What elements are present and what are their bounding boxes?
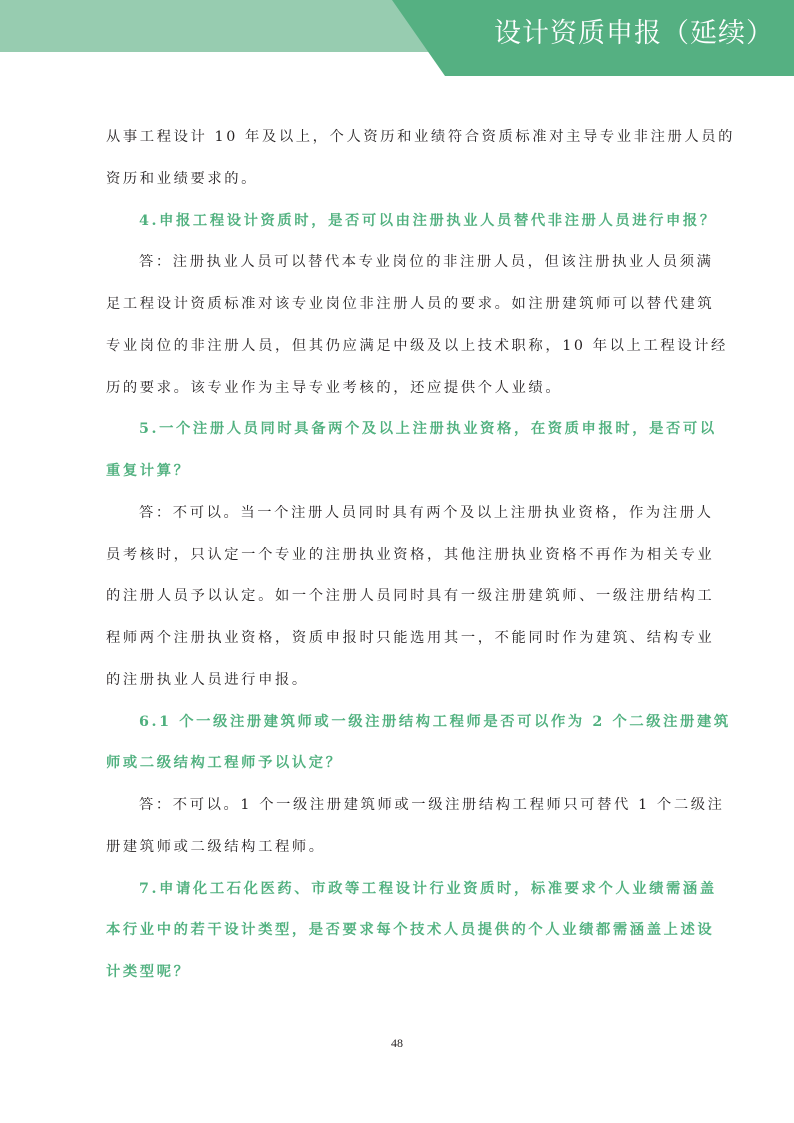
- answer-4-line: 足工程设计资质标准对该专业岗位非注册人员的要求。如注册建筑师可以替代建筑: [106, 284, 684, 326]
- page-content: 从事工程设计 10 年及以上，个人资历和业绩符合资质标准对主导专业非注册人员的 …: [106, 117, 684, 994]
- question-7: 本行业中的若干设计类型，是否要求每个技术人员提供的个人业绩都需涵盖上述设: [106, 910, 684, 952]
- answer-4-line: 答：注册执业人员可以替代本专业岗位的非注册人员，但该注册执业人员须满: [106, 242, 684, 284]
- answer-4-line: 专业岗位的非注册人员，但其仍应满足中级及以上技术职称，10 年以上工程设计经: [106, 326, 684, 368]
- answer-5-line: 的注册人员予以认定。如一个注册人员同时具有一级注册建筑师、一级注册结构工: [106, 576, 684, 618]
- answer-6-line: 答：不可以。1 个一级注册建筑师或一级注册结构工程师只可替代 1 个二级注: [106, 785, 684, 827]
- answer-5-line: 员考核时，只认定一个专业的注册执业资格，其他注册执业资格不再作为相关专业: [106, 535, 684, 577]
- answer-4-line: 历的要求。该专业作为主导专业考核的，还应提供个人业绩。: [106, 368, 684, 410]
- question-4: 4.申报工程设计资质时，是否可以由注册执业人员替代非注册人员进行申报？: [106, 201, 684, 243]
- paragraph-line: 资历和业绩要求的。: [106, 159, 684, 201]
- answer-5-line: 程师两个注册执业资格，资质申报时只能选用其一，不能同时作为建筑、结构专业: [106, 618, 684, 660]
- page-number: 48: [0, 1036, 794, 1051]
- paragraph-line: 从事工程设计 10 年及以上，个人资历和业绩符合资质标准对主导专业非注册人员的: [106, 117, 684, 159]
- answer-6-line: 册建筑师或二级结构工程师。: [106, 827, 684, 869]
- question-7: 计类型呢？: [106, 952, 684, 994]
- question-5: 重复计算？: [106, 451, 684, 493]
- question-5: 5.一个注册人员同时具备两个及以上注册执业资格，在资质申报时，是否可以: [106, 409, 684, 451]
- question-6: 师或二级结构工程师予以认定？: [106, 743, 684, 785]
- header-light-band: [0, 0, 460, 52]
- answer-5-line: 的注册执业人员进行申报。: [106, 660, 684, 702]
- section-title: 设计资质申报（延续）: [494, 14, 784, 54]
- answer-5-line: 答：不可以。当一个注册人员同时具有两个及以上注册执业资格，作为注册人: [106, 493, 684, 535]
- question-6: 6.1 个一级注册建筑师或一级注册结构工程师是否可以作为 2 个二级注册建筑: [106, 702, 684, 744]
- question-7: 7.申请化工石化医药、市政等工程设计行业资质时，标准要求个人业绩需涵盖: [106, 869, 684, 911]
